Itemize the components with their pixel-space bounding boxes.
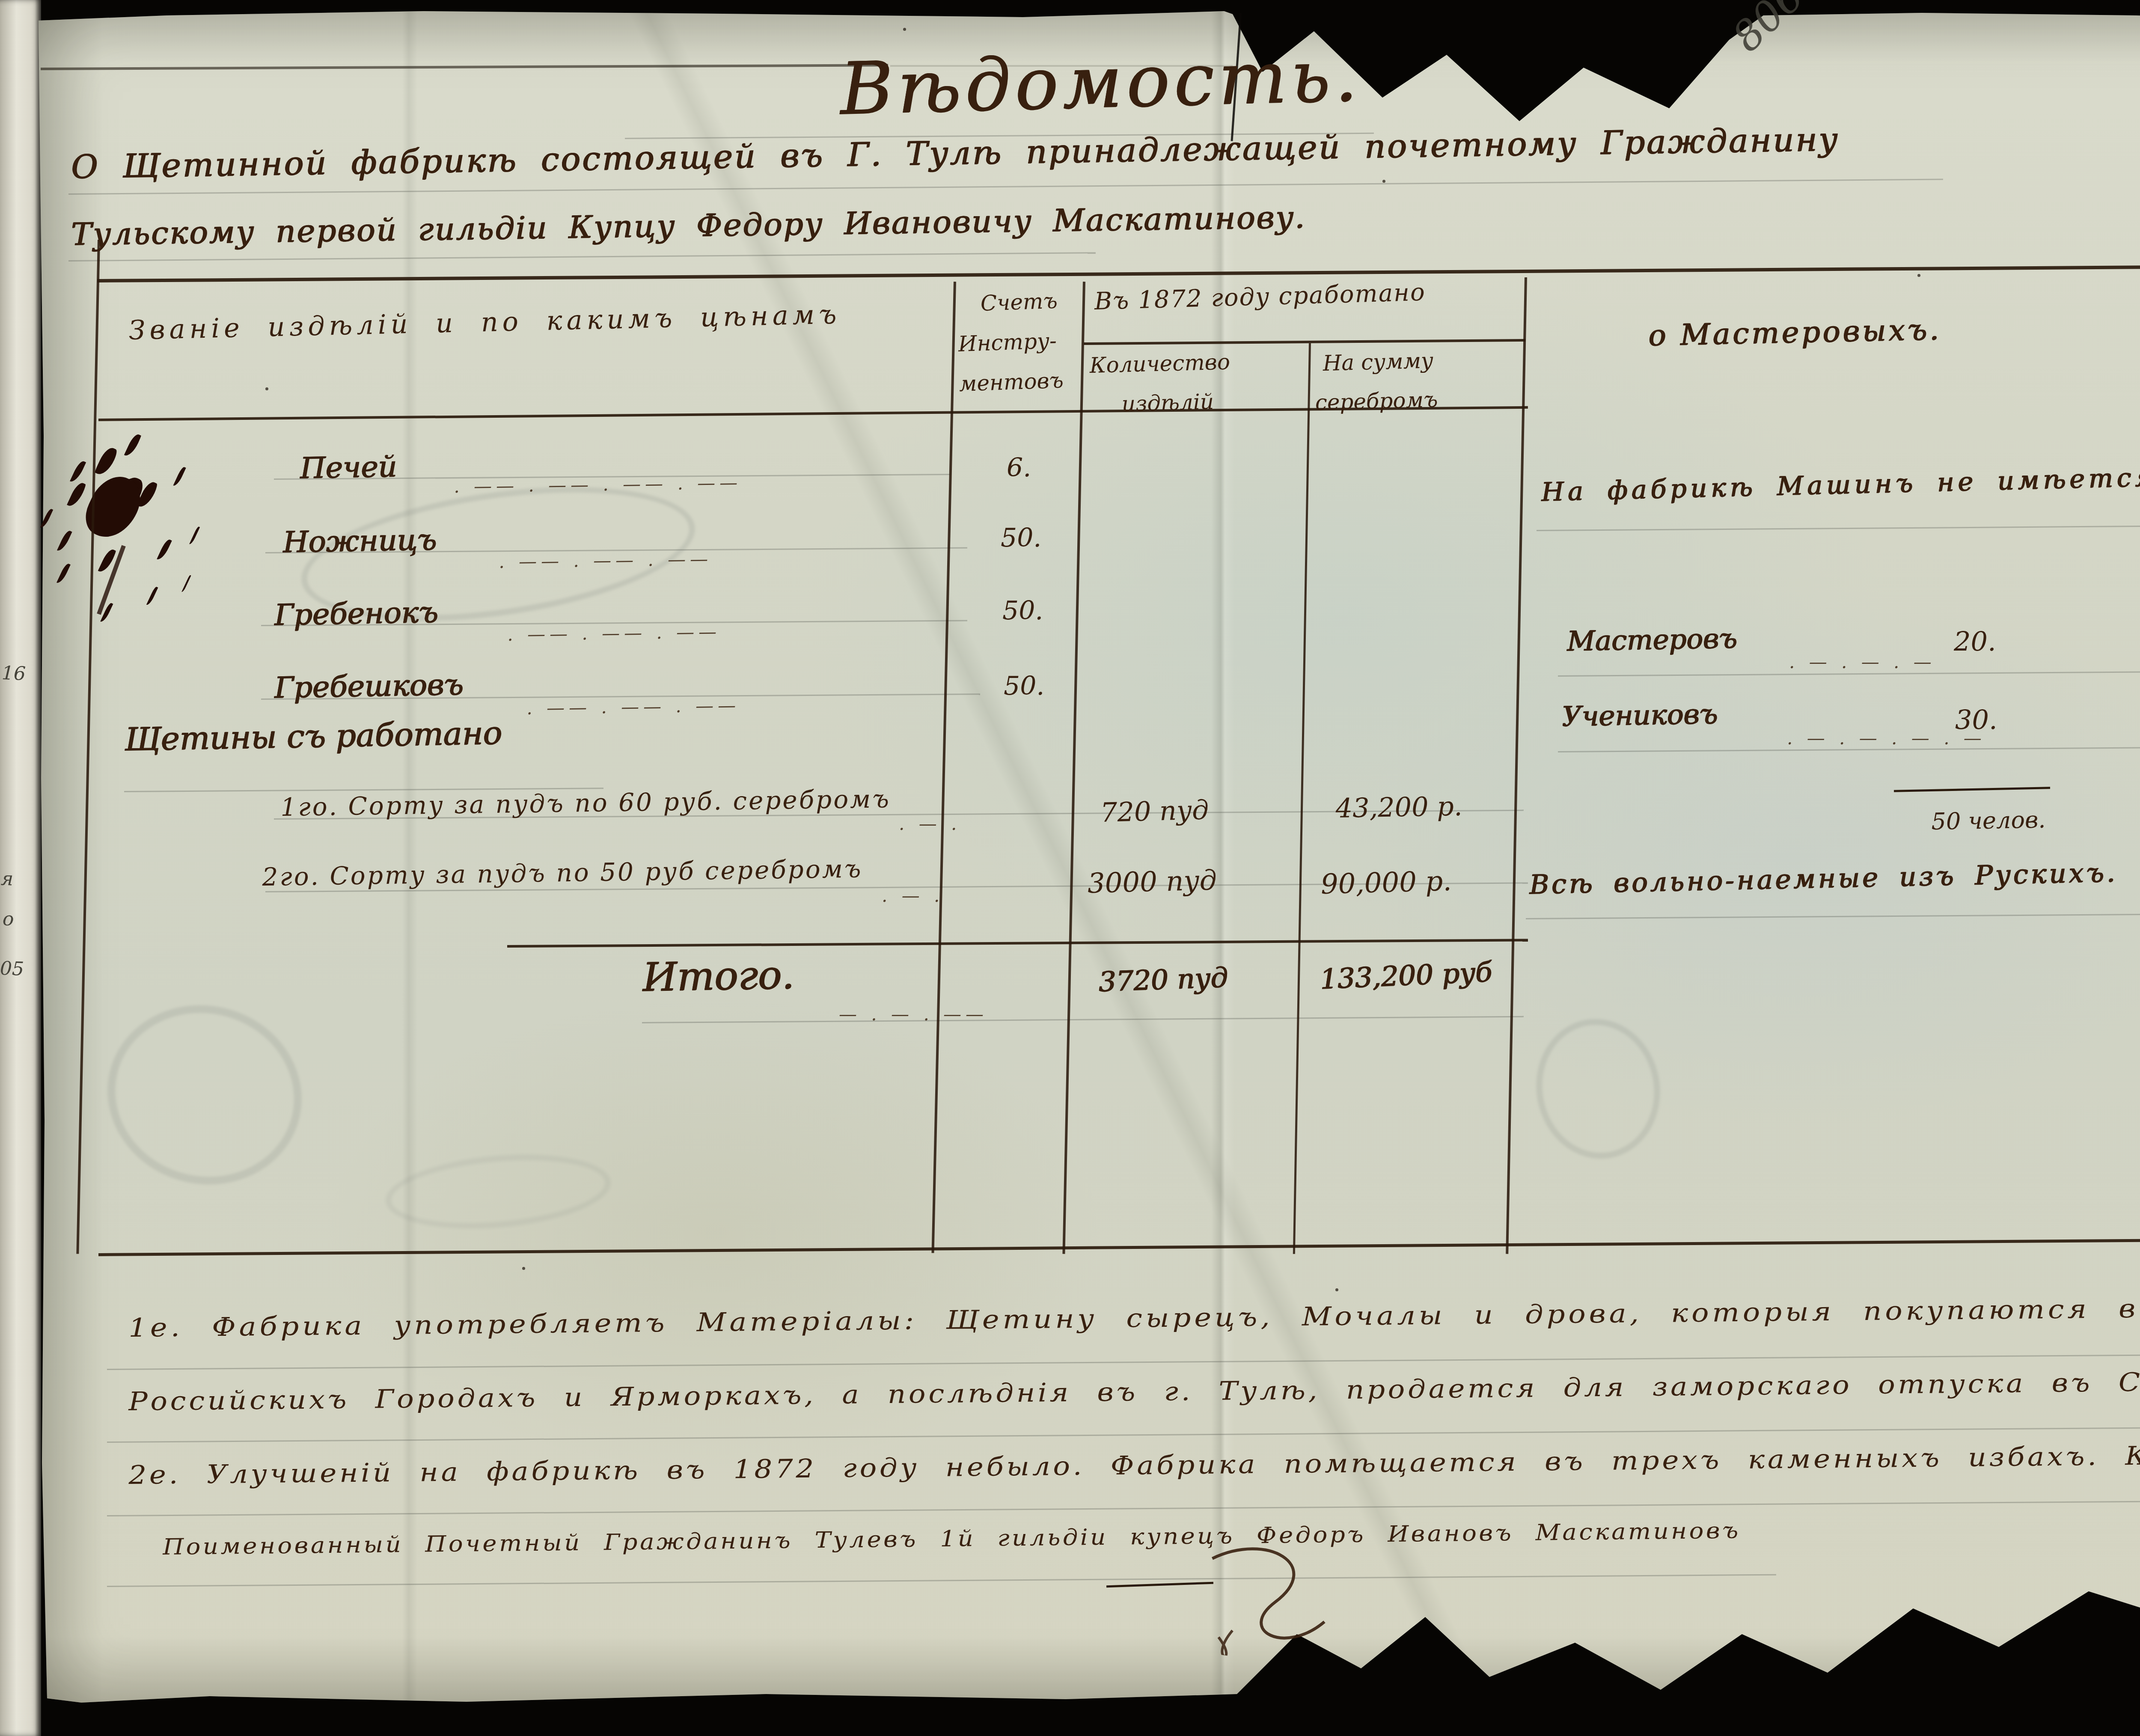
dirt-speck	[1382, 180, 1385, 183]
row-leader: . —— . —— . ——	[526, 695, 740, 719]
table-row-label: Гребенокъ	[274, 595, 438, 632]
column-header-sum-line2: серебромъ	[1315, 387, 1438, 415]
dirt-speck	[1917, 274, 1920, 277]
row-leader: . —— . —— . ——	[507, 621, 721, 645]
table-row-count: 6.	[1007, 453, 1031, 483]
sort-row-qty: 720 пуд	[1100, 794, 1209, 828]
row-leader: . —— . —— . ——	[499, 548, 712, 572]
row-leader: . — . — . —	[1789, 651, 1936, 672]
table-row-label: Гребешковъ	[274, 668, 464, 705]
margin-fragment: я	[0, 868, 14, 890]
table-row-count: 50.	[1002, 596, 1043, 626]
column-header-masters: о Мастеровыхъ.	[1648, 313, 1941, 353]
dirt-speck	[265, 387, 268, 390]
sort-row-sum: 90,000 р.	[1320, 865, 1452, 901]
masters-row-count: 20.	[1954, 626, 1996, 657]
column-header-qty-line1: Количество	[1089, 349, 1230, 378]
column-header-qty-line2: издѣлій	[1121, 389, 1214, 416]
signature-flourish	[1191, 1532, 1343, 1670]
dirt-speck	[903, 28, 906, 31]
row-leader: . — .	[899, 813, 961, 834]
column-header-sum-line1: На сумму	[1323, 348, 1434, 376]
row-leader: . — .	[882, 885, 944, 906]
masters-total: 50 челов.	[1931, 806, 2046, 835]
table-row-label: Печей	[300, 450, 397, 485]
page-title: Вѣдомость.	[839, 33, 1362, 131]
table-row-count: 50.	[1004, 671, 1044, 701]
table-row-count: 50.	[1001, 523, 1041, 553]
margin-fragment: 16	[1, 662, 26, 685]
dirt-speck	[1335, 1288, 1338, 1291]
column-header-count-line3: ментовъ	[959, 368, 1064, 396]
masters-row-label: Мастеровъ	[1566, 623, 1737, 657]
masters-row-count: 30.	[1955, 704, 1997, 735]
total-qty: 3720 пуд	[1098, 962, 1228, 998]
margin-fragment: 05	[0, 957, 24, 980]
row-leader: . —— . —— . —— . ——	[454, 472, 742, 497]
total-label: Итого.	[642, 952, 794, 1000]
margin-fragment: о	[2, 908, 14, 930]
total-leader: — . — . ——	[839, 1004, 988, 1025]
section-heading: Щетины съ работано	[124, 715, 502, 758]
sort-row-sum: 43,200 р.	[1335, 791, 1462, 824]
scanned-archive-document: { "document": { "archive_marks": { "corn…	[0, 0, 2140, 1736]
masters-row-label: Учениковъ	[1561, 699, 1718, 733]
column-header-count-line2: Инстру-	[958, 328, 1057, 357]
sort-row-qty: 3000 пуд	[1087, 865, 1217, 900]
table-row-label: Ножницъ	[282, 523, 437, 559]
dirt-speck	[522, 1267, 525, 1270]
adjacent-page-edge: 16 я о 05	[0, 0, 41, 1736]
column-header-count-line1: Счетъ	[980, 288, 1058, 316]
